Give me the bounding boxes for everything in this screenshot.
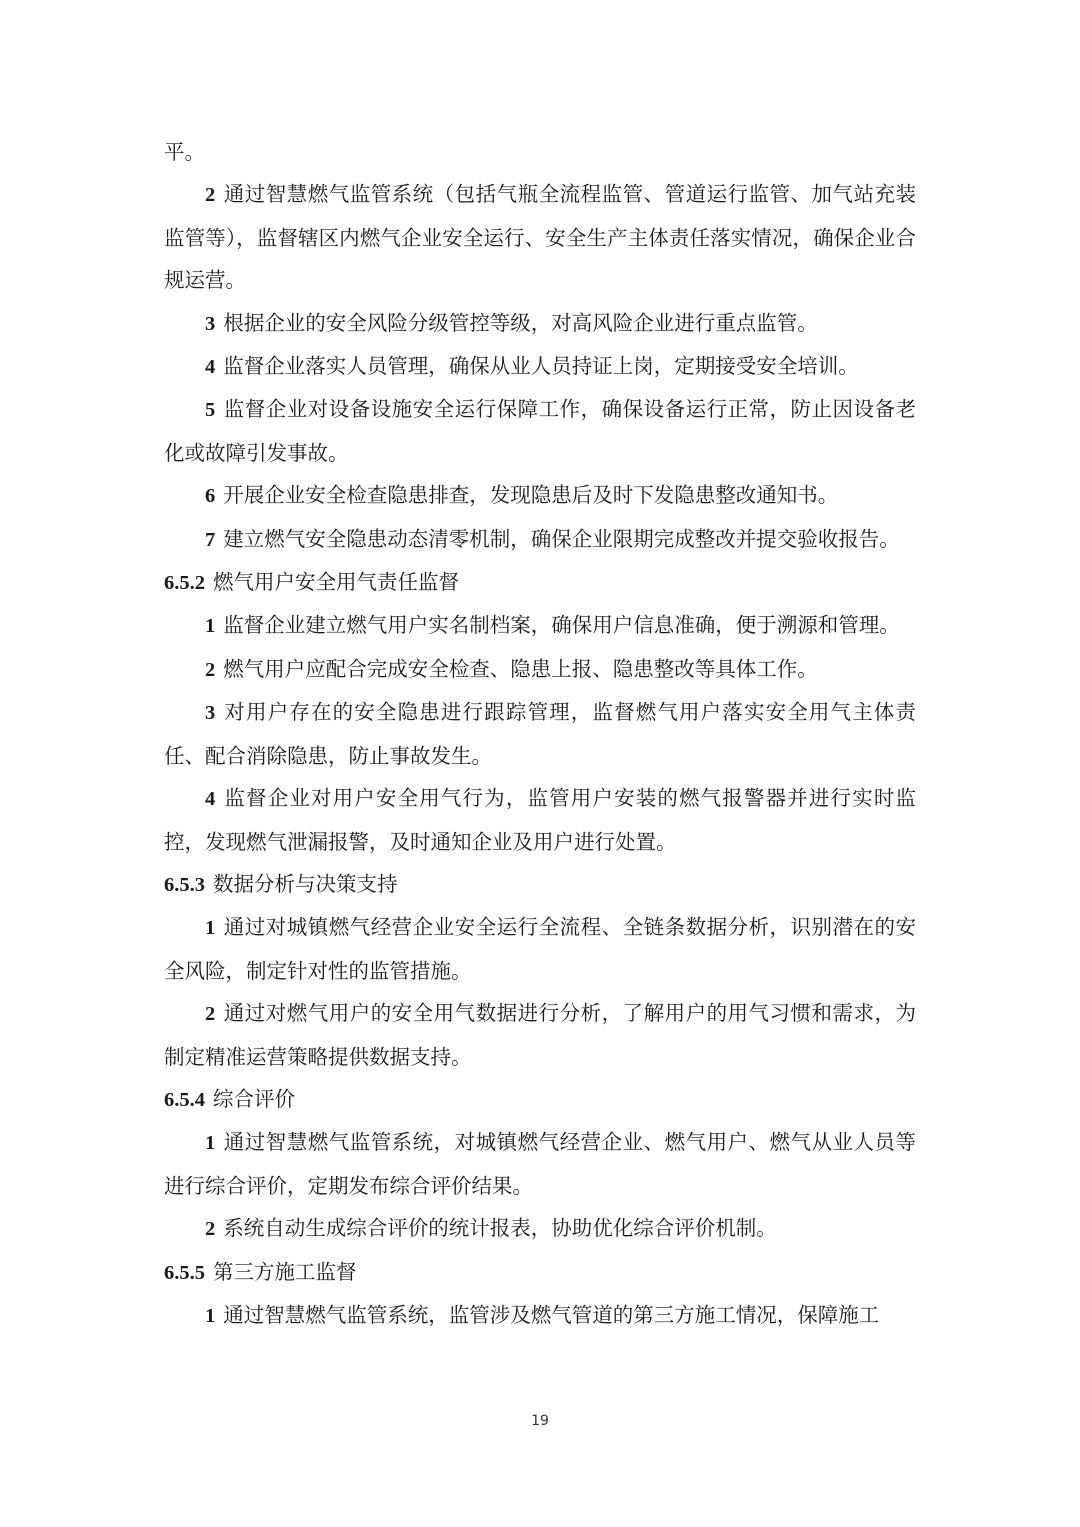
item-text: 燃气用户应配合完成安全检查、隐患上报、隐患整改等具体工作。 [223, 657, 818, 681]
section-number: 6.5.2 [164, 572, 205, 594]
item-number: 2 [205, 1003, 215, 1025]
item-text: 通过对燃气用户的安全用气数据进行分析，了解用户的用气习惯和需求，为制定精准运营策… [164, 1001, 916, 1068]
section-heading-6-5-4: 6.5.4综合评价 [164, 1078, 916, 1121]
item-number: 7 [205, 529, 215, 551]
item-number: 6 [205, 485, 215, 507]
item-number: 4 [205, 788, 215, 810]
item-text: 监督企业对设备设施安全运行保障工作，确保设备运行正常，防止因设备老化或故障引发事… [164, 397, 916, 464]
list-item: 1通过智慧燃气监管系统，对城镇燃气经营企业、燃气用户、燃气从业人员等进行综合评价… [164, 1121, 916, 1207]
item-number: 1 [205, 615, 215, 637]
item-number: 2 [205, 1218, 215, 1240]
section-number: 6.5.5 [164, 1262, 205, 1284]
item-text: 监督企业对用户安全用气行为，监管用户安装的燃气报警器并进行实时监控，发现燃气泄漏… [164, 786, 916, 853]
item-text: 通过智慧燃气监管系统，对城镇燃气经营企业、燃气用户、燃气从业人员等进行综合评价，… [164, 1130, 916, 1197]
item-number: 3 [205, 313, 215, 335]
item-number: 1 [205, 917, 215, 939]
item-text: 监督企业建立燃气用户实名制档案，确保用户信息准确，便于溯源和管理。 [223, 613, 900, 637]
list-item: 1通过对城镇燃气经营企业安全运行全流程、全链条数据分析，识别潜在的安全风险，制定… [164, 906, 916, 992]
item-text: 建立燃气安全隐患动态清零机制，确保企业限期完成整改并提交验收报告。 [223, 527, 900, 551]
item-text: 系统自动生成综合评价的统计报表，协助优化综合评价机制。 [223, 1216, 777, 1240]
item-number: 1 [205, 1305, 215, 1327]
document-body: 平。 2通过智慧燃气监管系统（包括气瓶全流程监管、管道运行监管、加气站充装监管等… [164, 131, 916, 1337]
item-text: 通过对城镇燃气经营企业安全运行全流程、全链条数据分析，识别潜在的安全风险，制定针… [164, 915, 916, 982]
item-number: 5 [205, 399, 215, 421]
page-number: 19 [0, 1413, 1080, 1429]
item-text: 开展企业安全检查隐患排查，发现隐患后及时下发隐患整改通知书。 [223, 483, 838, 507]
section-title: 综合评价 [213, 1087, 295, 1111]
item-number: 2 [205, 184, 215, 206]
section-title: 第三方施工监督 [213, 1260, 357, 1284]
item-text: 通过智慧燃气监管系统（包括气瓶全流程监管、管道运行监管、加气站充装监管等），监督… [164, 182, 916, 292]
list-item: 5监督企业对设备设施安全运行保障工作，确保设备运行正常，防止因设备老化或故障引发… [164, 388, 916, 474]
list-item: 2通过智慧燃气监管系统（包括气瓶全流程监管、管道运行监管、加气站充装监管等），监… [164, 173, 916, 301]
list-item: 3对用户存在的安全隐患进行跟踪管理，监督燃气用户落实安全用气主体责任、配合消除隐… [164, 691, 916, 777]
section-title: 数据分析与决策支持 [213, 872, 398, 896]
list-item: 3根据企业的安全风险分级管控等级，对高风险企业进行重点监管。 [164, 302, 916, 345]
item-number: 1 [205, 1132, 215, 1154]
list-item: 1监督企业建立燃气用户实名制档案，确保用户信息准确，便于溯源和管理。 [164, 604, 916, 647]
item-text: 通过智慧燃气监管系统，监管涉及燃气管道的第三方施工情况，保障施工 [223, 1303, 879, 1327]
section-heading-6-5-5: 6.5.5第三方施工监督 [164, 1251, 916, 1294]
item-number: 2 [205, 659, 215, 681]
item-text: 根据企业的安全风险分级管控等级，对高风险企业进行重点监管。 [223, 311, 818, 335]
paragraph-text: 平。 [164, 140, 205, 164]
list-item: 4监督企业落实人员管理，确保从业人员持证上岗，定期接受安全培训。 [164, 345, 916, 388]
list-item: 7建立燃气安全隐患动态清零机制，确保企业限期完成整改并提交验收报告。 [164, 518, 916, 561]
item-number: 4 [205, 356, 215, 378]
section-number: 6.5.3 [164, 874, 205, 896]
list-item: 6开展企业安全检查隐患排查，发现隐患后及时下发隐患整改通知书。 [164, 474, 916, 517]
section-title: 燃气用户安全用气责任监督 [213, 570, 459, 594]
list-item: 2系统自动生成综合评价的统计报表，协助优化综合评价机制。 [164, 1207, 916, 1250]
list-item: 1通过智慧燃气监管系统，监管涉及燃气管道的第三方施工情况，保障施工 [164, 1294, 916, 1337]
item-text: 监督企业落实人员管理，确保从业人员持证上岗，定期接受安全培训。 [223, 354, 859, 378]
list-item: 2通过对燃气用户的安全用气数据进行分析，了解用户的用气习惯和需求，为制定精准运营… [164, 992, 916, 1078]
list-item: 4监督企业对用户安全用气行为，监管用户安装的燃气报警器并进行实时监控，发现燃气泄… [164, 777, 916, 863]
list-item: 2燃气用户应配合完成安全检查、隐患上报、隐患整改等具体工作。 [164, 648, 916, 691]
section-number: 6.5.4 [164, 1089, 205, 1111]
section-heading-6-5-2: 6.5.2燃气用户安全用气责任监督 [164, 561, 916, 604]
item-text: 对用户存在的安全隐患进行跟踪管理，监督燃气用户落实安全用气主体责任、配合消除隐患… [164, 700, 916, 767]
paragraph-continuation: 平。 [164, 131, 916, 173]
item-number: 3 [205, 702, 215, 724]
section-heading-6-5-3: 6.5.3数据分析与决策支持 [164, 863, 916, 906]
